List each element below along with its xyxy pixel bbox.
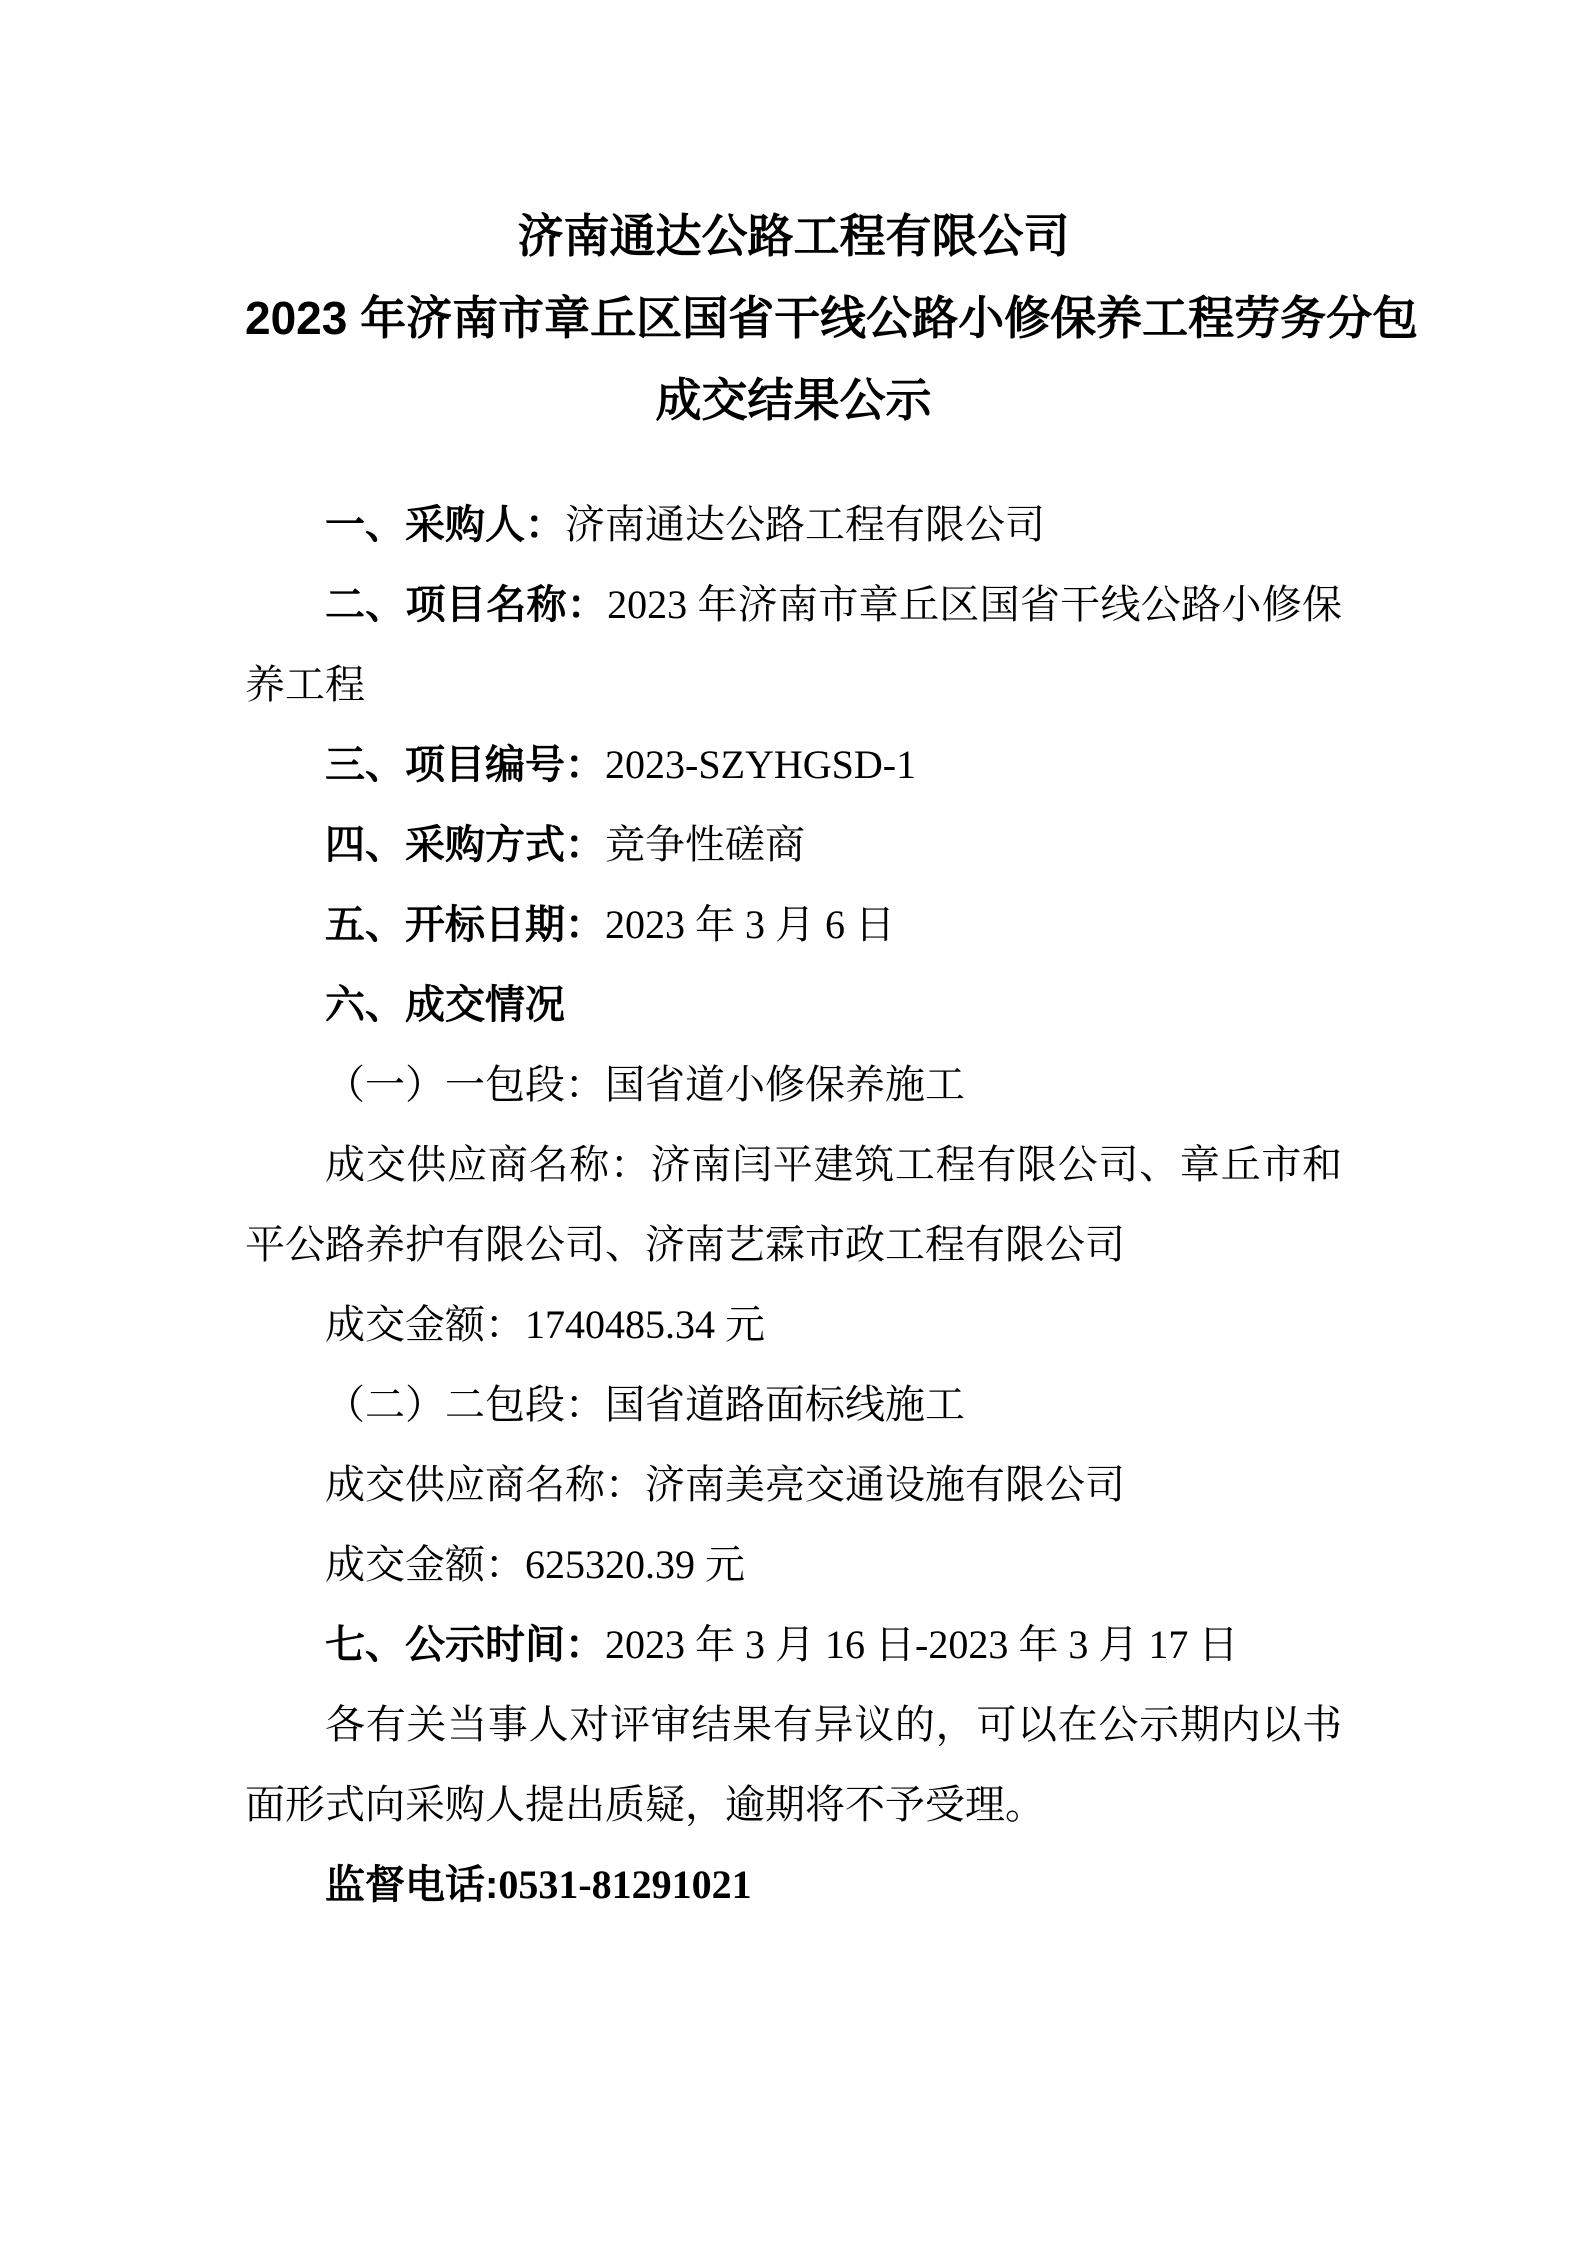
section2-amount-line: 成交金额：625320.39 元 [245,1525,1342,1605]
document-title-block: 济南通达公路工程有限公司 2023 年济南市章丘区国省干线公路小修保养工程劳务分… [245,195,1342,441]
project-number-value: 2023-SZYHGSD-1 [605,742,916,787]
announcement-title: 成交结果公示 [245,359,1342,441]
bid-opening-date-value: 2023 年 3 月 6 日 [605,902,895,947]
purchaser-label: 一、采购人： [325,503,565,547]
project-name-line: 二、项目名称：2023 年济南市章丘区国省干线公路小修保养工程 [245,565,1342,725]
publicity-period-label: 七、公示时间： [325,1623,605,1667]
procurement-method-line: 四、采购方式：竞争性磋商 [245,805,1342,885]
supervision-phone-line: 监督电话:0531-81291021 [245,1845,1342,1925]
section2-title-line: （二）二包段：国省道路面标线施工 [245,1365,1342,1445]
publicity-period-value: 2023 年 3 月 16 日-2023 年 3 月 17 日 [605,1622,1238,1667]
bid-opening-date-label: 五、开标日期： [325,903,605,947]
publicity-period-line: 七、公示时间：2023 年 3 月 16 日-2023 年 3 月 17 日 [245,1605,1342,1685]
section1-suppliers-line: 成交供应商名称：济南闫平建筑工程有限公司、章丘市和平公路养护有限公司、济南艺霖市… [245,1125,1342,1285]
project-name-label: 二、项目名称： [325,583,607,627]
project-number-label: 三、项目编号： [325,743,605,787]
award-heading-label: 六、成交情况 [325,983,565,1027]
company-title: 济南通达公路工程有限公司 [245,195,1342,277]
award-heading-line: 六、成交情况 [245,965,1342,1045]
project-title: 2023 年济南市章丘区国省干线公路小修保养工程劳务分包 [245,277,1342,359]
section1-amount-line: 成交金额：1740485.34 元 [245,1285,1342,1365]
section2-suppliers-line: 成交供应商名称：济南美亮交通设施有限公司 [245,1445,1342,1525]
document-content: 济南通达公路工程有限公司 2023 年济南市章丘区国省干线公路小修保养工程劳务分… [245,195,1342,1925]
supervision-phone-label: 监督电话: [325,1863,498,1907]
project-number-line: 三、项目编号：2023-SZYHGSD-1 [245,725,1342,805]
document-page: 济南通达公路工程有限公司 2023 年济南市章丘区国省干线公路小修保养工程劳务分… [0,0,1587,2245]
bid-opening-date-line: 五、开标日期：2023 年 3 月 6 日 [245,885,1342,965]
procurement-method-label: 四、采购方式： [325,823,605,867]
objection-note-line: 各有关当事人对评审结果有异议的，可以在公示期内以书面形式向采购人提出质疑，逾期将… [245,1685,1342,1845]
procurement-method-value: 竞争性磋商 [605,822,805,867]
purchaser-value: 济南通达公路工程有限公司 [565,502,1045,547]
document-body: 一、采购人：济南通达公路工程有限公司 二、项目名称：2023 年济南市章丘区国省… [245,485,1342,1925]
purchaser-line: 一、采购人：济南通达公路工程有限公司 [245,485,1342,565]
supervision-phone-number: 0531-81291021 [498,1862,751,1907]
section1-title-line: （一）一包段：国省道小修保养施工 [245,1045,1342,1125]
